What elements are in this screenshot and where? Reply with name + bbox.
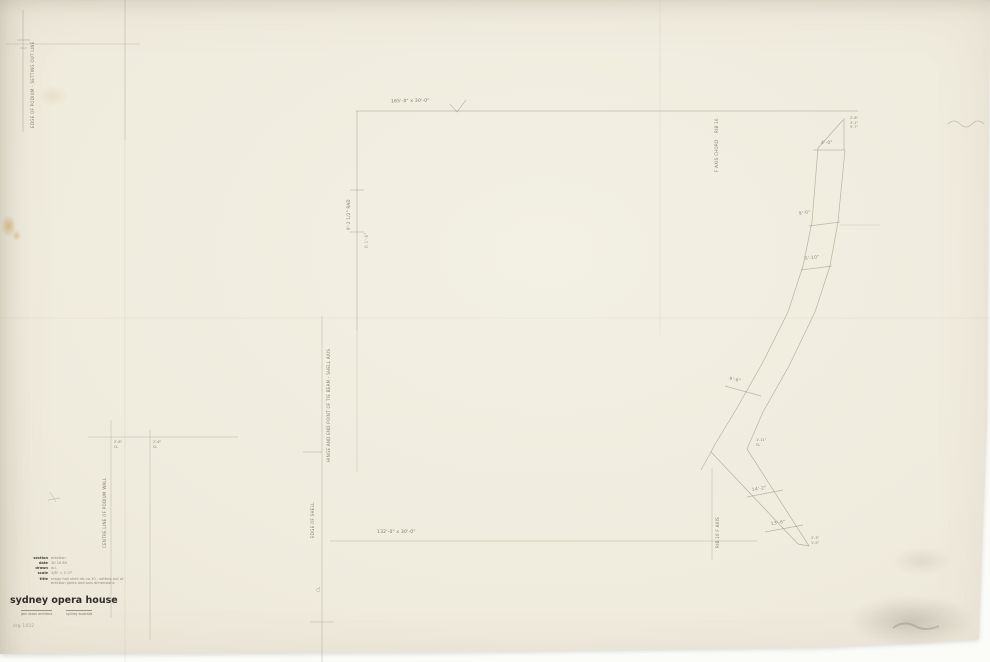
drawing-linework <box>0 0 990 662</box>
title-block-row: scale 1/8" = 1'-0" <box>26 571 136 575</box>
grid-dimension-stack: 2'-6" CL <box>114 440 122 449</box>
title-block-value: major hall shell rib no.10 - setting out… <box>51 577 129 585</box>
drawing-number-note: drg 1032 <box>13 623 34 628</box>
corner-dimension-stack: 2'-6" 3'-1" 5'-7" <box>850 116 858 130</box>
rib-right-edge <box>747 150 845 449</box>
title-block-label: title <box>26 577 48 585</box>
location-credit: sydney australia <box>66 610 92 616</box>
sydney-opera-house-logo: sydney opera house <box>10 595 118 606</box>
rib-tie <box>809 222 840 226</box>
vertical-annotation-podium-edge: EDGE OF PODIUM - SETTING OUT LINE <box>31 42 35 128</box>
title-block-row: section erection <box>26 556 136 560</box>
vertical-annotation-chord: F AXIS CHORD <box>715 140 719 172</box>
title-block-label: scale <box>26 571 48 575</box>
title-block: section erection date 30 10 65 drawn w.l… <box>26 556 136 586</box>
vertex-dimension-stack: 1'-11" CL <box>756 438 766 447</box>
pencil-note-mark <box>948 121 984 127</box>
vertical-annotation-rib: RIB 10 <box>715 118 719 133</box>
title-block-value: 30 10 65 <box>51 561 129 565</box>
vertical-annotation-hinge: HINGE AND END POINT OF TIE BEAM - SHELL … <box>327 349 331 462</box>
rib-left-edge <box>711 148 818 452</box>
title-block-value: 1/8" = 1'-0" <box>51 571 129 575</box>
architect-credit: jørn utzon architect <box>21 610 52 616</box>
pencil-scribble <box>48 492 60 502</box>
vertical-annotation-rib-bottom: RIB 10 F AXIS <box>716 517 720 548</box>
rib-lower-right-edge <box>747 449 809 546</box>
smudge-scribble <box>893 623 939 629</box>
title-block-label: date <box>26 561 48 565</box>
dimension-label-top: 165'-0" x 30'-0" <box>391 100 430 105</box>
title-block-row: date 30 10 65 <box>26 561 136 565</box>
title-block-label: drawn <box>26 566 48 570</box>
tip-dimension-stack: 2'-3" 1'-9" <box>811 536 819 545</box>
title-block-row: title major hall shell rib no.10 - setti… <box>26 577 136 585</box>
title-block-value: w.l. <box>51 566 129 570</box>
vertical-annotation-shell-edge: EDGE OF SHELL <box>311 502 315 538</box>
title-block-value: erection <box>51 556 129 560</box>
survey-tick <box>450 100 466 112</box>
rib-tie <box>801 266 832 270</box>
vertical-dimension-a: 9'-2 1/2" RAD <box>347 199 351 230</box>
scanned-drawing-sheet: 165'-0" x 30'-0" 132'-0" x 30'-0" 4'-0" … <box>0 0 990 662</box>
vertical-annotation-cl: CL <box>317 586 321 592</box>
title-block-row: drawn w.l. <box>26 566 136 570</box>
rib-tie-dimension: 4'-0" <box>821 142 833 147</box>
title-block-label: section <box>26 556 48 560</box>
dimension-label-bottom: 132'-0" x 30'-0" <box>377 531 416 536</box>
vertical-annotation-podium-cl: CENTRE LINE OF PODIUM WALL <box>103 478 107 548</box>
rib-tie <box>725 386 761 396</box>
rib-lower-left-edge <box>711 452 798 544</box>
vertical-dimension-b: R 1'-6" <box>365 232 369 248</box>
grid-dimension-stack: 2'-6" CL <box>153 440 161 449</box>
